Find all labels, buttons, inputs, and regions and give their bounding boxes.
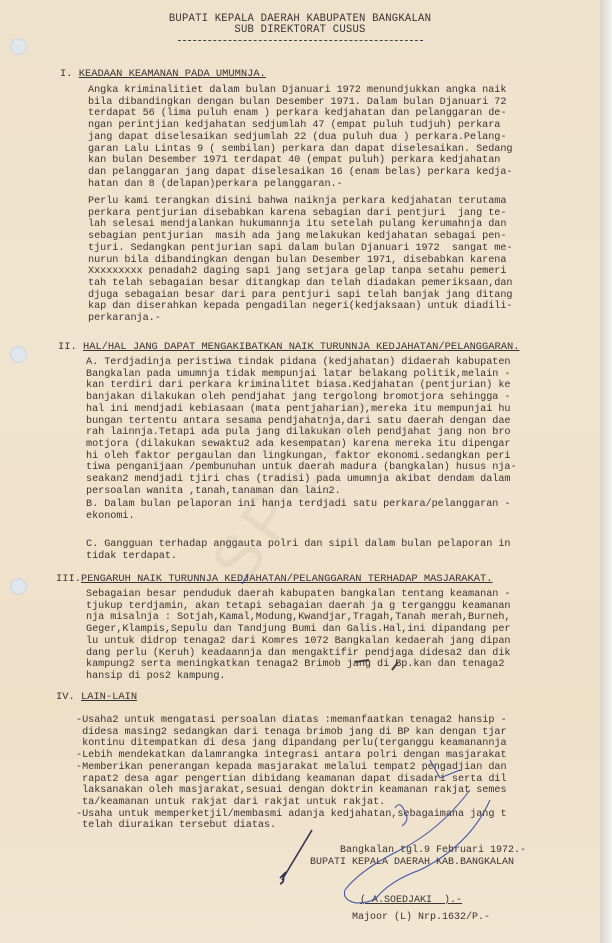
signatory-rank: Majoor (L) Nrp.1632/P.- [352, 912, 490, 924]
place-date: Bangkalan tgl.9 Februari 1972.- [340, 845, 526, 857]
section-title: KEADAAN KEAMANAN PADA UMUMNJA. [79, 68, 266, 80]
scan-edge [600, 0, 612, 943]
section-title: HAL/HAL JANG DAPAT MENGAKIBATKAN NAIK TU… [83, 341, 519, 353]
section-heading-2: II. HAL/HAL JANG DAPAT MENGAKIBATKAN NAI… [58, 341, 519, 353]
signatory-office: BUPATI KEPALA DAERAH KAB.BANGKALAN [310, 857, 514, 869]
letterhead-line-2: SUB DIREKTORAT CUSUS [0, 25, 600, 36]
section-heading-3: III.PENGARUH NAIK TURUNNJA KEDJAHATAN/PE… [56, 573, 493, 585]
section-2-paragraph-c: C. Gangguan terhadap anggauta polri dan … [86, 539, 510, 562]
section-4-list: -Usaha2 untuk mengatasi persoalan diatas… [76, 715, 507, 832]
section-title: PENGARUH NAIK TURUNNJA KEDJAHATAN/PELANG… [81, 573, 493, 585]
punch-hole [10, 578, 27, 595]
signatory-name: ( A.SOEDJAKI ).- [360, 895, 462, 907]
letterhead: BUPATI KEPALA DAERAH KABUPATEN BANGKALAN… [0, 14, 600, 41]
section-number: III. [56, 573, 81, 585]
section-heading-4: IV. LAIN-LAIN [56, 691, 137, 703]
letterhead-divider [178, 40, 423, 41]
section-1-paragraph-2: Perlu kami terangkan disini bahwa naiknj… [88, 196, 512, 325]
section-2-paragraph-a: A. Terdjadinja peristiwa tindak pidana (… [86, 357, 517, 497]
section-heading-1: I. KEADAAN KEAMANAN PADA UMUMNJA. [60, 68, 266, 80]
document-page: SPERO BUPATI KEPALA DAERAH KABUPATEN BAN… [0, 0, 600, 943]
section-3-paragraph: Sebagaian besar penduduk daerah kabupate… [86, 589, 510, 683]
section-2-paragraph-b: B. Dalam bulan pelaporan ini hanja terdj… [86, 499, 510, 522]
section-title: LAIN-LAIN [81, 691, 137, 703]
section-number: I. [60, 68, 72, 80]
section-number: IV. [56, 691, 75, 703]
punch-hole [10, 346, 27, 363]
section-number: II. [58, 341, 77, 353]
section-1-paragraph-1: Angka kriminalitiet dalam bulan Djanuari… [88, 85, 512, 190]
